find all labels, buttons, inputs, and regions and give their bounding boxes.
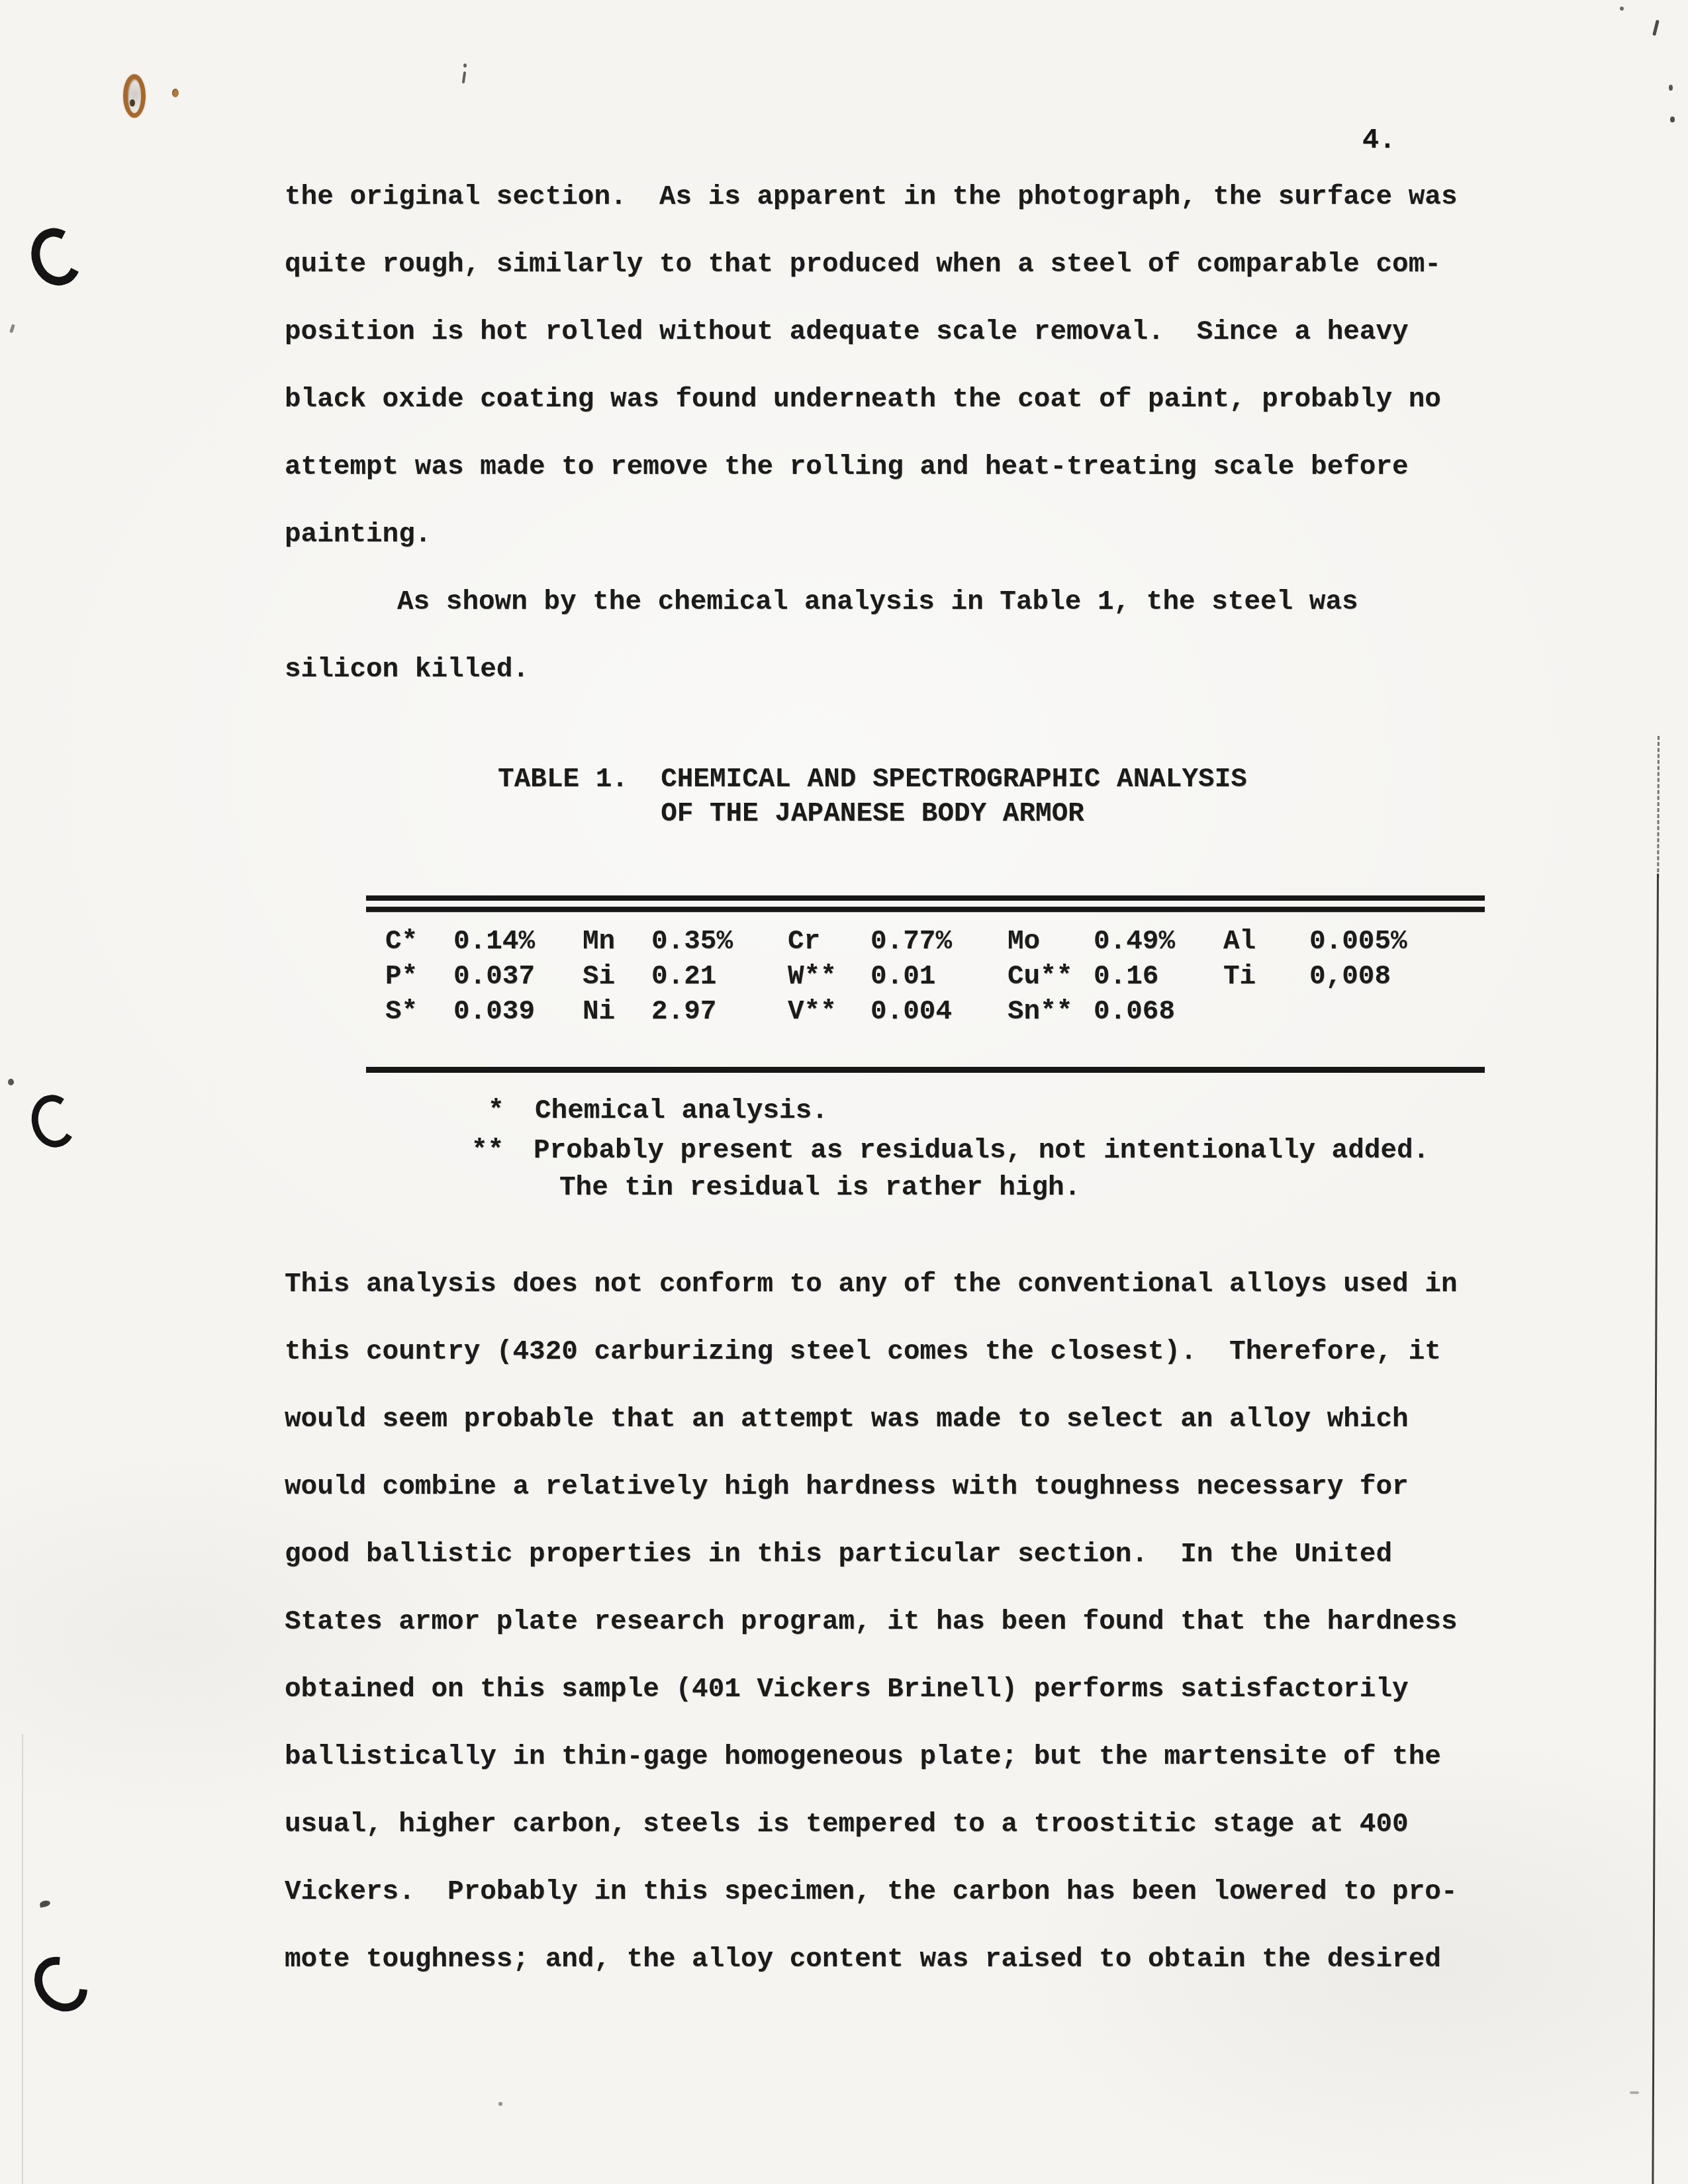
element-symbol: C* <box>385 927 418 957</box>
table-title-line-2: OF THE JAPANESE BODY ARMOR <box>57 799 1688 829</box>
ink-speck <box>1670 116 1675 122</box>
element-value: 0.49% <box>1094 927 1175 957</box>
paragraph-line: black oxide coating was found underneath… <box>285 385 1441 415</box>
ink-speck <box>1630 2091 1639 2094</box>
element-value: 0.14% <box>453 927 535 957</box>
element-value: 0,008 <box>1309 962 1391 992</box>
element-value: 0.16 <box>1094 962 1158 992</box>
page-edge-crease <box>22 1734 23 2184</box>
footnote-text: The tin residual is rather high. <box>559 1173 1080 1203</box>
footnote-text: Probably present as residuals, not inten… <box>534 1136 1429 1166</box>
paragraph-line: obtained on this sample (401 Vickers Bri… <box>285 1674 1409 1705</box>
element-value: 0.037 <box>453 962 535 992</box>
element-symbol: Ni <box>583 997 615 1027</box>
page-number: 4. <box>1362 124 1395 156</box>
paragraph-line: would seem probable that an attempt was … <box>285 1404 1409 1435</box>
element-symbol: Si <box>583 962 615 992</box>
element-value: 0.004 <box>870 997 952 1027</box>
element-symbol: Mo <box>1008 927 1040 957</box>
element-value: 0.77% <box>870 927 952 957</box>
ink-speck <box>1669 85 1673 91</box>
element-value: 0.005% <box>1309 927 1407 957</box>
footnote-marker: ** <box>471 1136 504 1166</box>
element-value: 0.01 <box>870 962 935 992</box>
scanned-typewritten-report-page: { "page_number": "4.", "appearance": { "… <box>0 0 1688 2184</box>
paragraph-line: position is hot rolled without adequate … <box>285 317 1409 347</box>
element-symbol: P* <box>385 962 418 992</box>
element-value: 0.35% <box>651 927 733 957</box>
element-symbol: S* <box>385 997 418 1027</box>
paragraph-line: usual, higher carbon, steels is tempered… <box>285 1809 1409 1840</box>
ink-speck <box>463 64 467 68</box>
rust-spot <box>172 89 179 97</box>
element-value: 0.21 <box>651 962 716 992</box>
element-symbol: Cr <box>788 927 820 957</box>
footnote-marker: * <box>488 1096 504 1126</box>
paragraph-line: attempt was made to remove the rolling a… <box>285 452 1409 482</box>
element-symbol: W** <box>788 962 837 992</box>
element-symbol: Ti <box>1223 962 1256 992</box>
paragraph-line: good ballistic properties in this partic… <box>285 1539 1392 1570</box>
table-bottom-rule <box>366 1067 1485 1073</box>
ink-speck <box>1620 7 1624 11</box>
paragraph-line: States armor plate research program, it … <box>285 1607 1458 1637</box>
table-row: S* 0.039 Ni 2.97 V** 0.004 Sn** 0.068 <box>0 997 1688 1030</box>
paragraph-line: ballistically in thin-gage homogeneous p… <box>285 1742 1441 1772</box>
table-row: P* 0.037 Si 0.21 W** 0.01 Cu** 0.16 Ti 0… <box>0 962 1688 995</box>
paragraph-line: As shown by the chemical analysis in Tab… <box>397 587 1358 617</box>
hole-punch-grommet <box>123 74 146 118</box>
element-symbol: Sn** <box>1008 997 1072 1027</box>
element-symbol: Al <box>1223 927 1256 957</box>
table-title-line-1: TABLE 1. CHEMICAL AND SPECTROGRAPHIC ANA… <box>57 764 1688 795</box>
element-symbol: Mn <box>583 927 615 957</box>
paragraph-line: This analysis does not conform to any of… <box>285 1269 1458 1300</box>
paragraph-line: the original section. As is apparent in … <box>285 182 1458 212</box>
paragraph-line: quite rough, similarly to that produced … <box>285 250 1441 280</box>
footnote-text: Chemical analysis. <box>535 1096 828 1126</box>
element-value: 0.068 <box>1094 997 1175 1027</box>
paragraph-line: Vickers. Probably in this specimen, the … <box>285 1877 1458 1907</box>
table-row: C* 0.14% Mn 0.35% Cr 0.77% Mo 0.49% Al 0… <box>0 927 1688 960</box>
paragraph-line: mote toughness; and, the alloy content w… <box>285 1944 1441 1975</box>
paragraph-line: would combine a relatively high hardness… <box>285 1472 1409 1502</box>
element-symbol: Cu** <box>1008 962 1072 992</box>
hole-punch-center-mark <box>130 99 135 107</box>
element-value: 2.97 <box>651 997 716 1027</box>
paragraph-line: silicon killed. <box>285 655 529 685</box>
element-symbol: V** <box>788 997 837 1027</box>
paragraph-line: this country (4320 carburizing steel com… <box>285 1337 1441 1367</box>
element-value: 0.039 <box>453 997 535 1027</box>
ink-speck <box>498 2102 502 2106</box>
ink-speck <box>8 1079 14 1085</box>
paragraph-line: painting. <box>285 520 431 550</box>
table-top-rule <box>366 895 1485 912</box>
